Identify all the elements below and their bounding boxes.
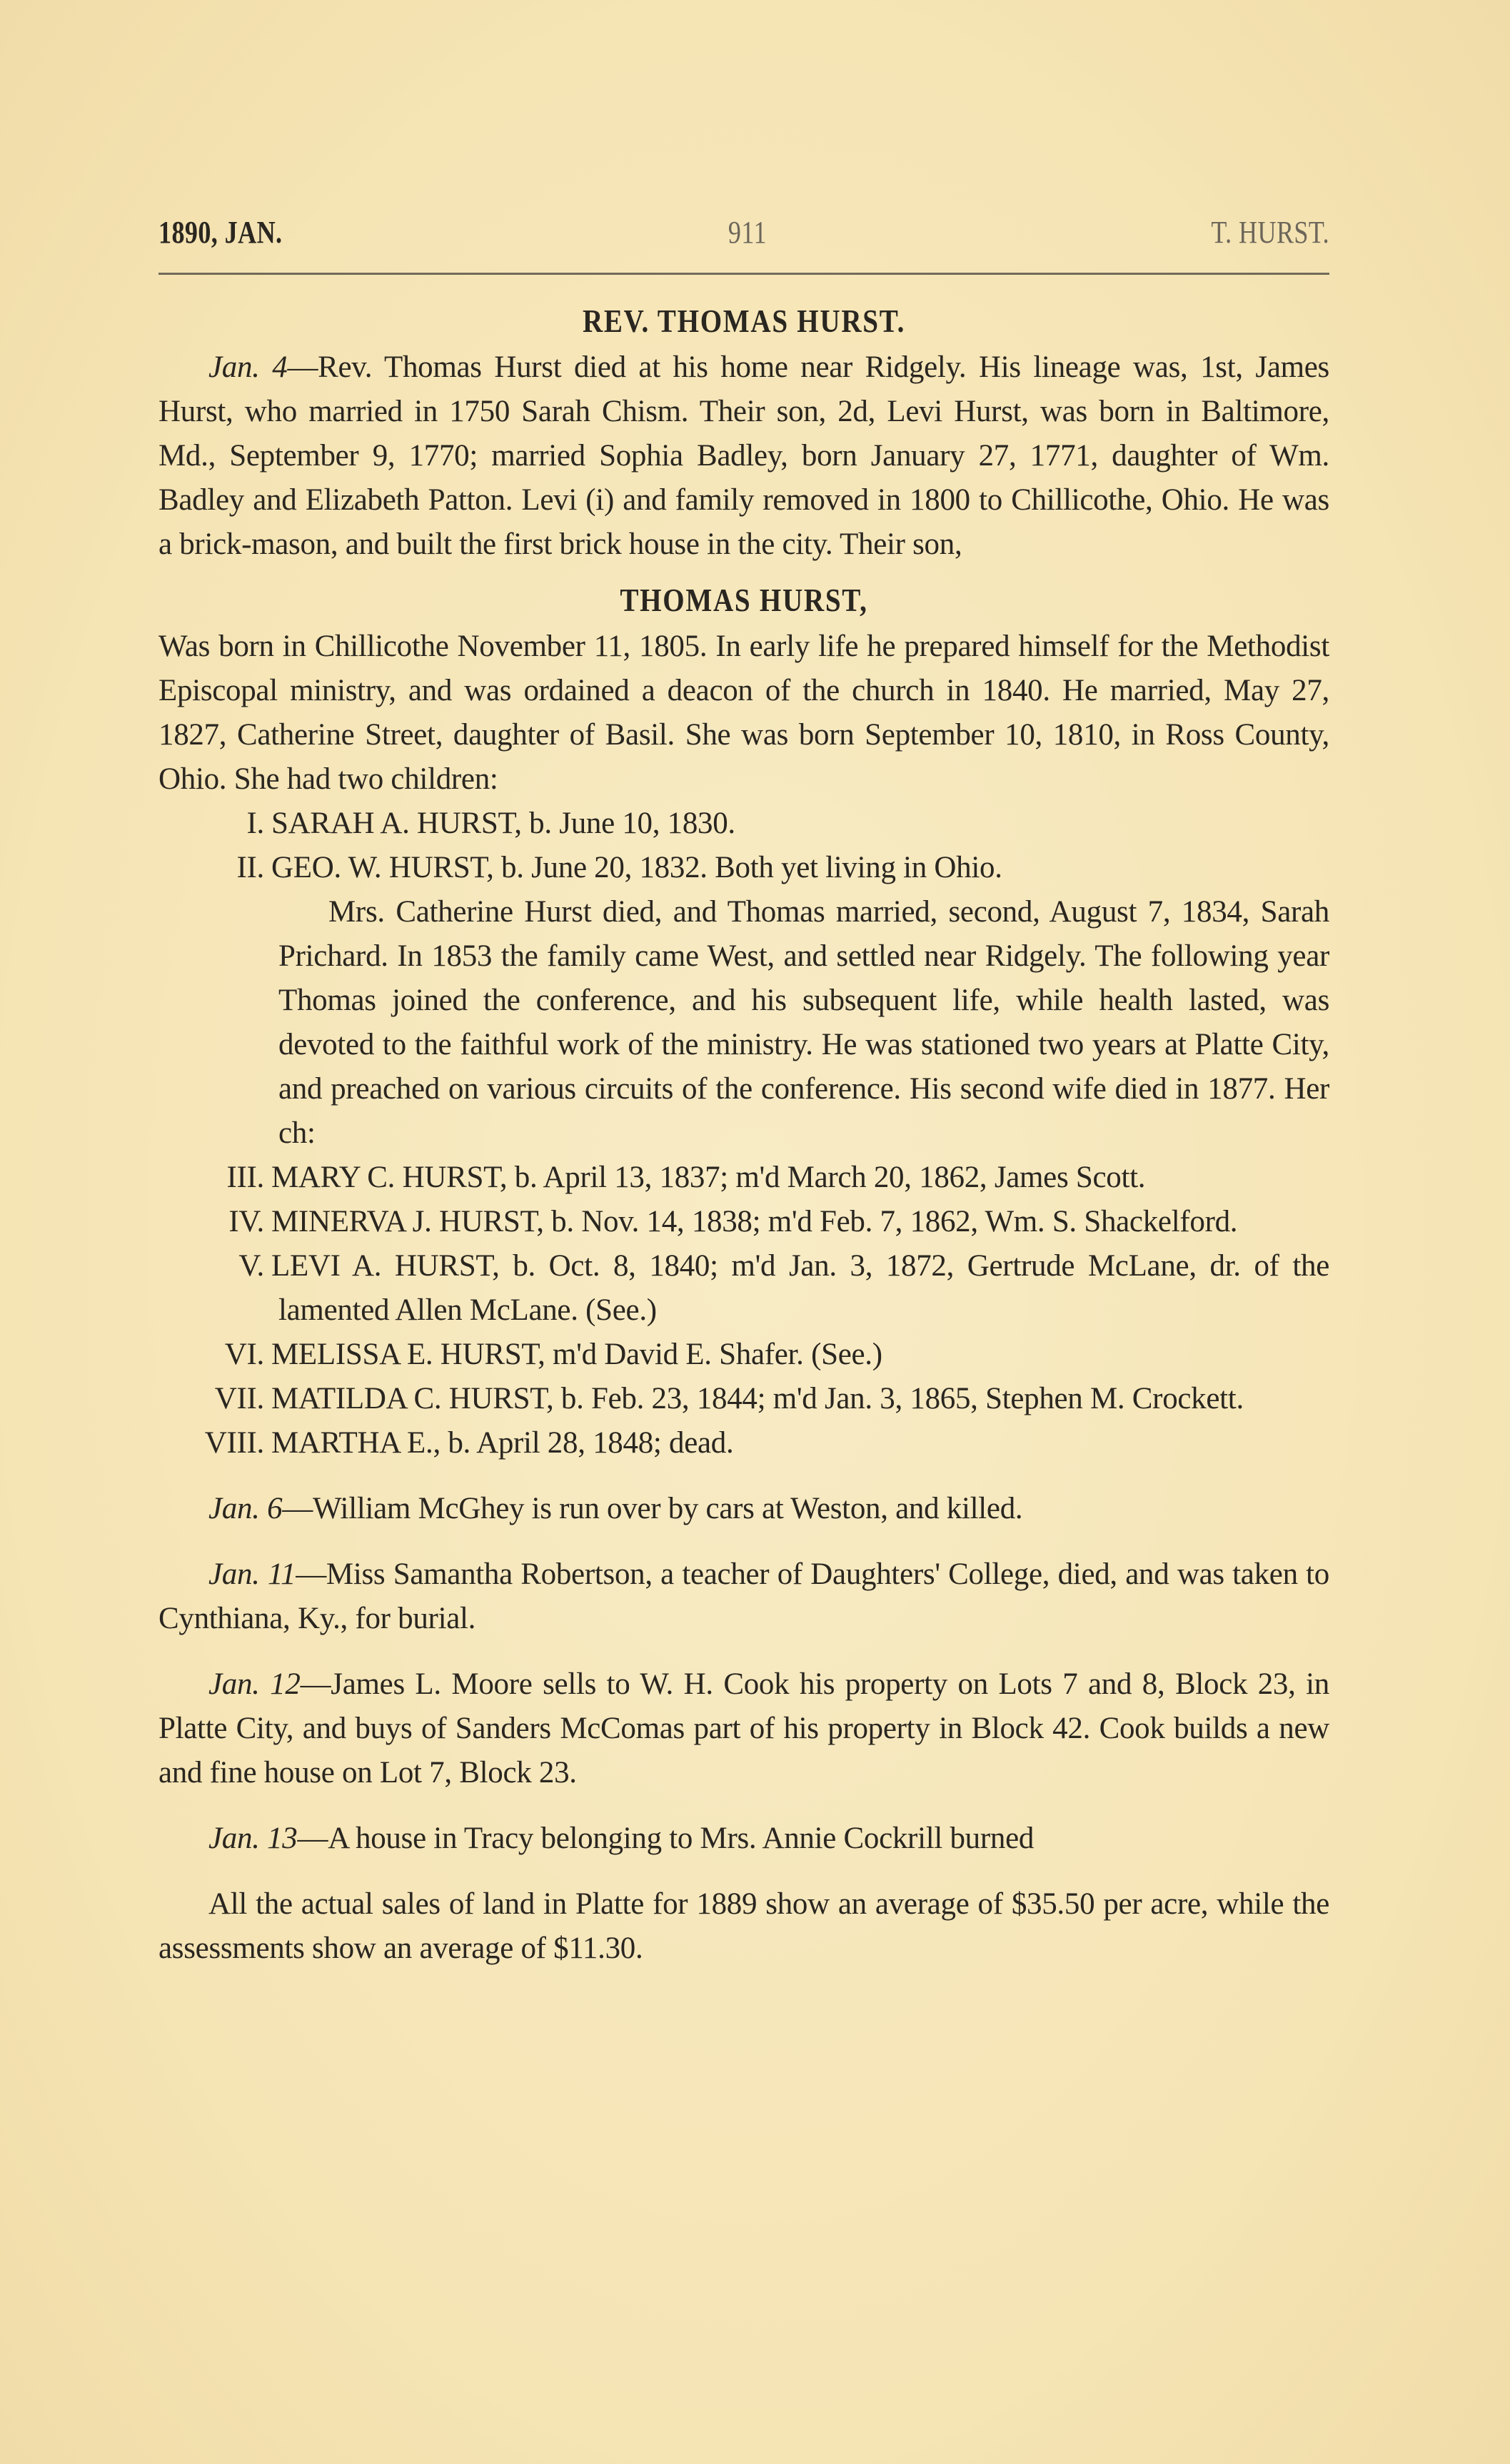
child-number: IV. — [158, 1200, 271, 1244]
child-number: I. — [158, 802, 271, 846]
entry-text: —Miss Samantha Robertson, a teacher of D… — [158, 1557, 1329, 1635]
child-entry: VIII.MARTHA E., b. April 28, 1848; dead. — [158, 1421, 1329, 1465]
entry-date: Jan. 4 — [208, 350, 287, 384]
child-number: VI. — [158, 1333, 271, 1377]
children-list-second: III.MARY C. HURST, b. April 13, 1837; m'… — [158, 1156, 1329, 1465]
child-entry: V.LEVI A. HURST, b. Oct. 8, 1840; m'd Ja… — [158, 1244, 1329, 1333]
chronicle-entry: Jan. 6—William McGhey is run over by car… — [158, 1487, 1329, 1531]
child-text: MARTHA E., b. April 28, 1848; dead. — [271, 1426, 733, 1460]
entry-date: Jan. 13 — [208, 1822, 298, 1855]
entry-text: —William McGhey is run over by cars at W… — [282, 1492, 1022, 1525]
child-text: MELISSA E. HURST, m'd David E. Shafer. (… — [271, 1338, 882, 1371]
intro-paragraph: Jan. 4—Rev. Thomas Hurst died at his hom… — [158, 345, 1329, 567]
intro-text: —Rev. Thomas Hurst died at his home near… — [158, 350, 1329, 561]
header-date: 1890, JAN. — [158, 214, 282, 251]
child-entry: III.MARY C. HURST, b. April 13, 1837; m'… — [158, 1156, 1329, 1200]
child-entry: VI.MELISSA E. HURST, m'd David E. Shafer… — [158, 1333, 1329, 1377]
bio-paragraph: Was born in Chillicothe November 11, 180… — [158, 625, 1329, 802]
chronicle-entry: Jan. 11—Miss Samantha Robertson, a teach… — [158, 1552, 1329, 1641]
entry-text: —A house in Tracy belonging to Mrs. Anni… — [298, 1822, 1035, 1855]
children-list-first: I.SARAH A. HURST, b. June 10, 1830. II.G… — [158, 802, 1329, 890]
article-subtitle: THOMAS HURST, — [246, 581, 1242, 619]
child-text: MATILDA C. HURST, b. Feb. 23, 1844; m'd … — [271, 1382, 1244, 1415]
closing-paragraph: All the actual sales of land in Platte f… — [158, 1882, 1329, 1971]
document-page: 1890, JAN. 911 T. HURST. REV. THOMAS HUR… — [158, 214, 1329, 1971]
child-number: III. — [158, 1156, 271, 1200]
entry-date: Jan. 6 — [208, 1492, 282, 1525]
child-number: VII. — [158, 1377, 271, 1421]
child-entry: VII.MATILDA C. HURST, b. Feb. 23, 1844; … — [158, 1377, 1329, 1421]
child-entry: I.SARAH A. HURST, b. June 10, 1830. — [158, 802, 1329, 846]
child-text: SARAH A. HURST, b. June 10, 1830. — [271, 807, 735, 840]
child-text: MINERVA J. HURST, b. Nov. 14, 1838; m'd … — [271, 1205, 1237, 1238]
child-entry: IV.MINERVA J. HURST, b. Nov. 14, 1838; m… — [158, 1200, 1329, 1244]
entry-date: Jan. 12 — [208, 1667, 301, 1701]
entry-text: —James L. Moore sells to W. H. Cook his … — [158, 1667, 1329, 1789]
child-number: VIII. — [158, 1421, 271, 1465]
header-rule — [158, 273, 1329, 275]
child-number: V. — [158, 1244, 271, 1288]
child-text: GEO. W. HURST, b. June 20, 1832. Both ye… — [271, 851, 1002, 884]
second-marriage-paragraph: Mrs. Catherine Hurst died, and Thomas ma… — [158, 890, 1329, 1156]
child-text: MARY C. HURST, b. April 13, 1837; m'd Ma… — [271, 1161, 1145, 1194]
page-number: 911 — [728, 214, 767, 251]
header-subject: T. HURST. — [1211, 214, 1329, 251]
entry-date: Jan. 11 — [208, 1557, 296, 1591]
chronicle-entry: Jan. 13—A house in Tracy belonging to Mr… — [158, 1817, 1329, 1861]
child-entry: II.GEO. W. HURST, b. June 20, 1832. Both… — [158, 846, 1329, 890]
chronicle-entry: Jan. 12—James L. Moore sells to W. H. Co… — [158, 1662, 1329, 1795]
child-number: II. — [158, 846, 271, 890]
article-title: REV. THOMAS HURST. — [246, 302, 1242, 340]
child-text: LEVI A. HURST, b. Oct. 8, 1840; m'd Jan.… — [271, 1249, 1329, 1327]
running-header: 1890, JAN. 911 T. HURST. — [158, 214, 1329, 257]
